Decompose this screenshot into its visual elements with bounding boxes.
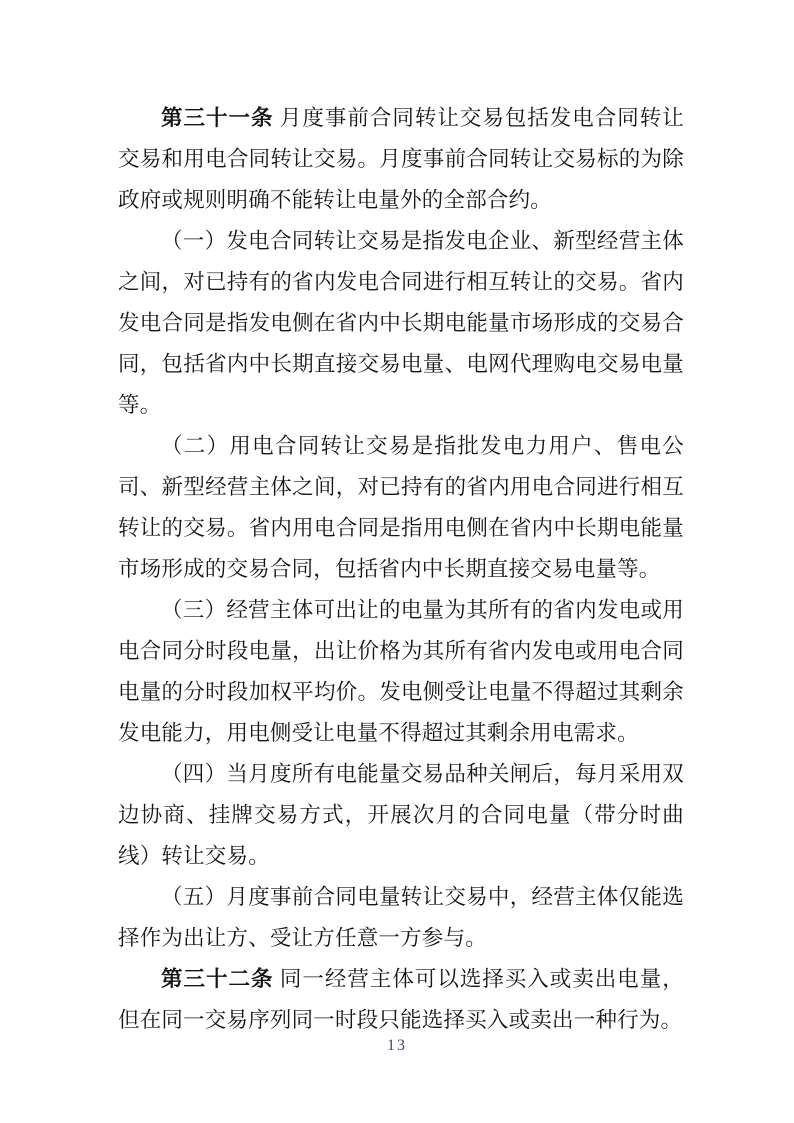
item-4-text: （四）当月度所有电能量交易品种关闸后，每月采用双边协商、挂牌交易方式，开展次月的…	[118, 762, 684, 868]
paragraph-article-31: 第三十一条 月度事前合同转让交易包括发电合同转让交易和用电合同转让交易。月度事前…	[118, 98, 684, 221]
paragraph-item-5: （五）月度事前合同电量转让交易中，经营主体仅能选择作为出让方、受让方任意一方参与…	[118, 877, 684, 959]
item-3-text: （三）经营主体可出让的电量为其所有的省内发电或用电合同分时段电量，出让价格为其所…	[118, 598, 684, 745]
paragraph-item-1: （一）发电合同转让交易是指发电企业、新型经营主体之间，对已持有的省内发电合同进行…	[118, 221, 684, 426]
page-number: 13	[387, 1037, 407, 1054]
item-2-text: （二）用电合同转让交易是指批发电力用户、售电公司、新型经营主体之间，对已持有的省…	[118, 434, 684, 581]
document-page: 第三十一条 月度事前合同转让交易包括发电合同转让交易和用电合同转让交易。月度事前…	[0, 0, 794, 1123]
paragraph-item-4: （四）当月度所有电能量交易品种关闸后，每月采用双边协商、挂牌交易方式，开展次月的…	[118, 754, 684, 877]
page-footer: 13	[0, 1036, 794, 1056]
document-body: 第三十一条 月度事前合同转让交易包括发电合同转让交易和用电合同转让交易。月度事前…	[118, 98, 684, 1041]
article-32-number: 第三十二条	[161, 967, 273, 991]
paragraph-item-3: （三）经营主体可出让的电量为其所有的省内发电或用电合同分时段电量，出让价格为其所…	[118, 590, 684, 754]
paragraph-item-2: （二）用电合同转让交易是指批发电力用户、售电公司、新型经营主体之间，对已持有的省…	[118, 426, 684, 590]
article-31-number: 第三十一条	[161, 106, 273, 130]
item-5-text: （五）月度事前合同电量转让交易中，经营主体仅能选择作为出让方、受让方任意一方参与…	[118, 885, 684, 950]
paragraph-article-32: 第三十二条 同一经营主体可以选择买入或卖出电量，但在同一交易序列同一时段只能选择…	[118, 959, 684, 1041]
item-1-text: （一）发电合同转让交易是指发电企业、新型经营主体之间，对已持有的省内发电合同进行…	[118, 229, 684, 417]
